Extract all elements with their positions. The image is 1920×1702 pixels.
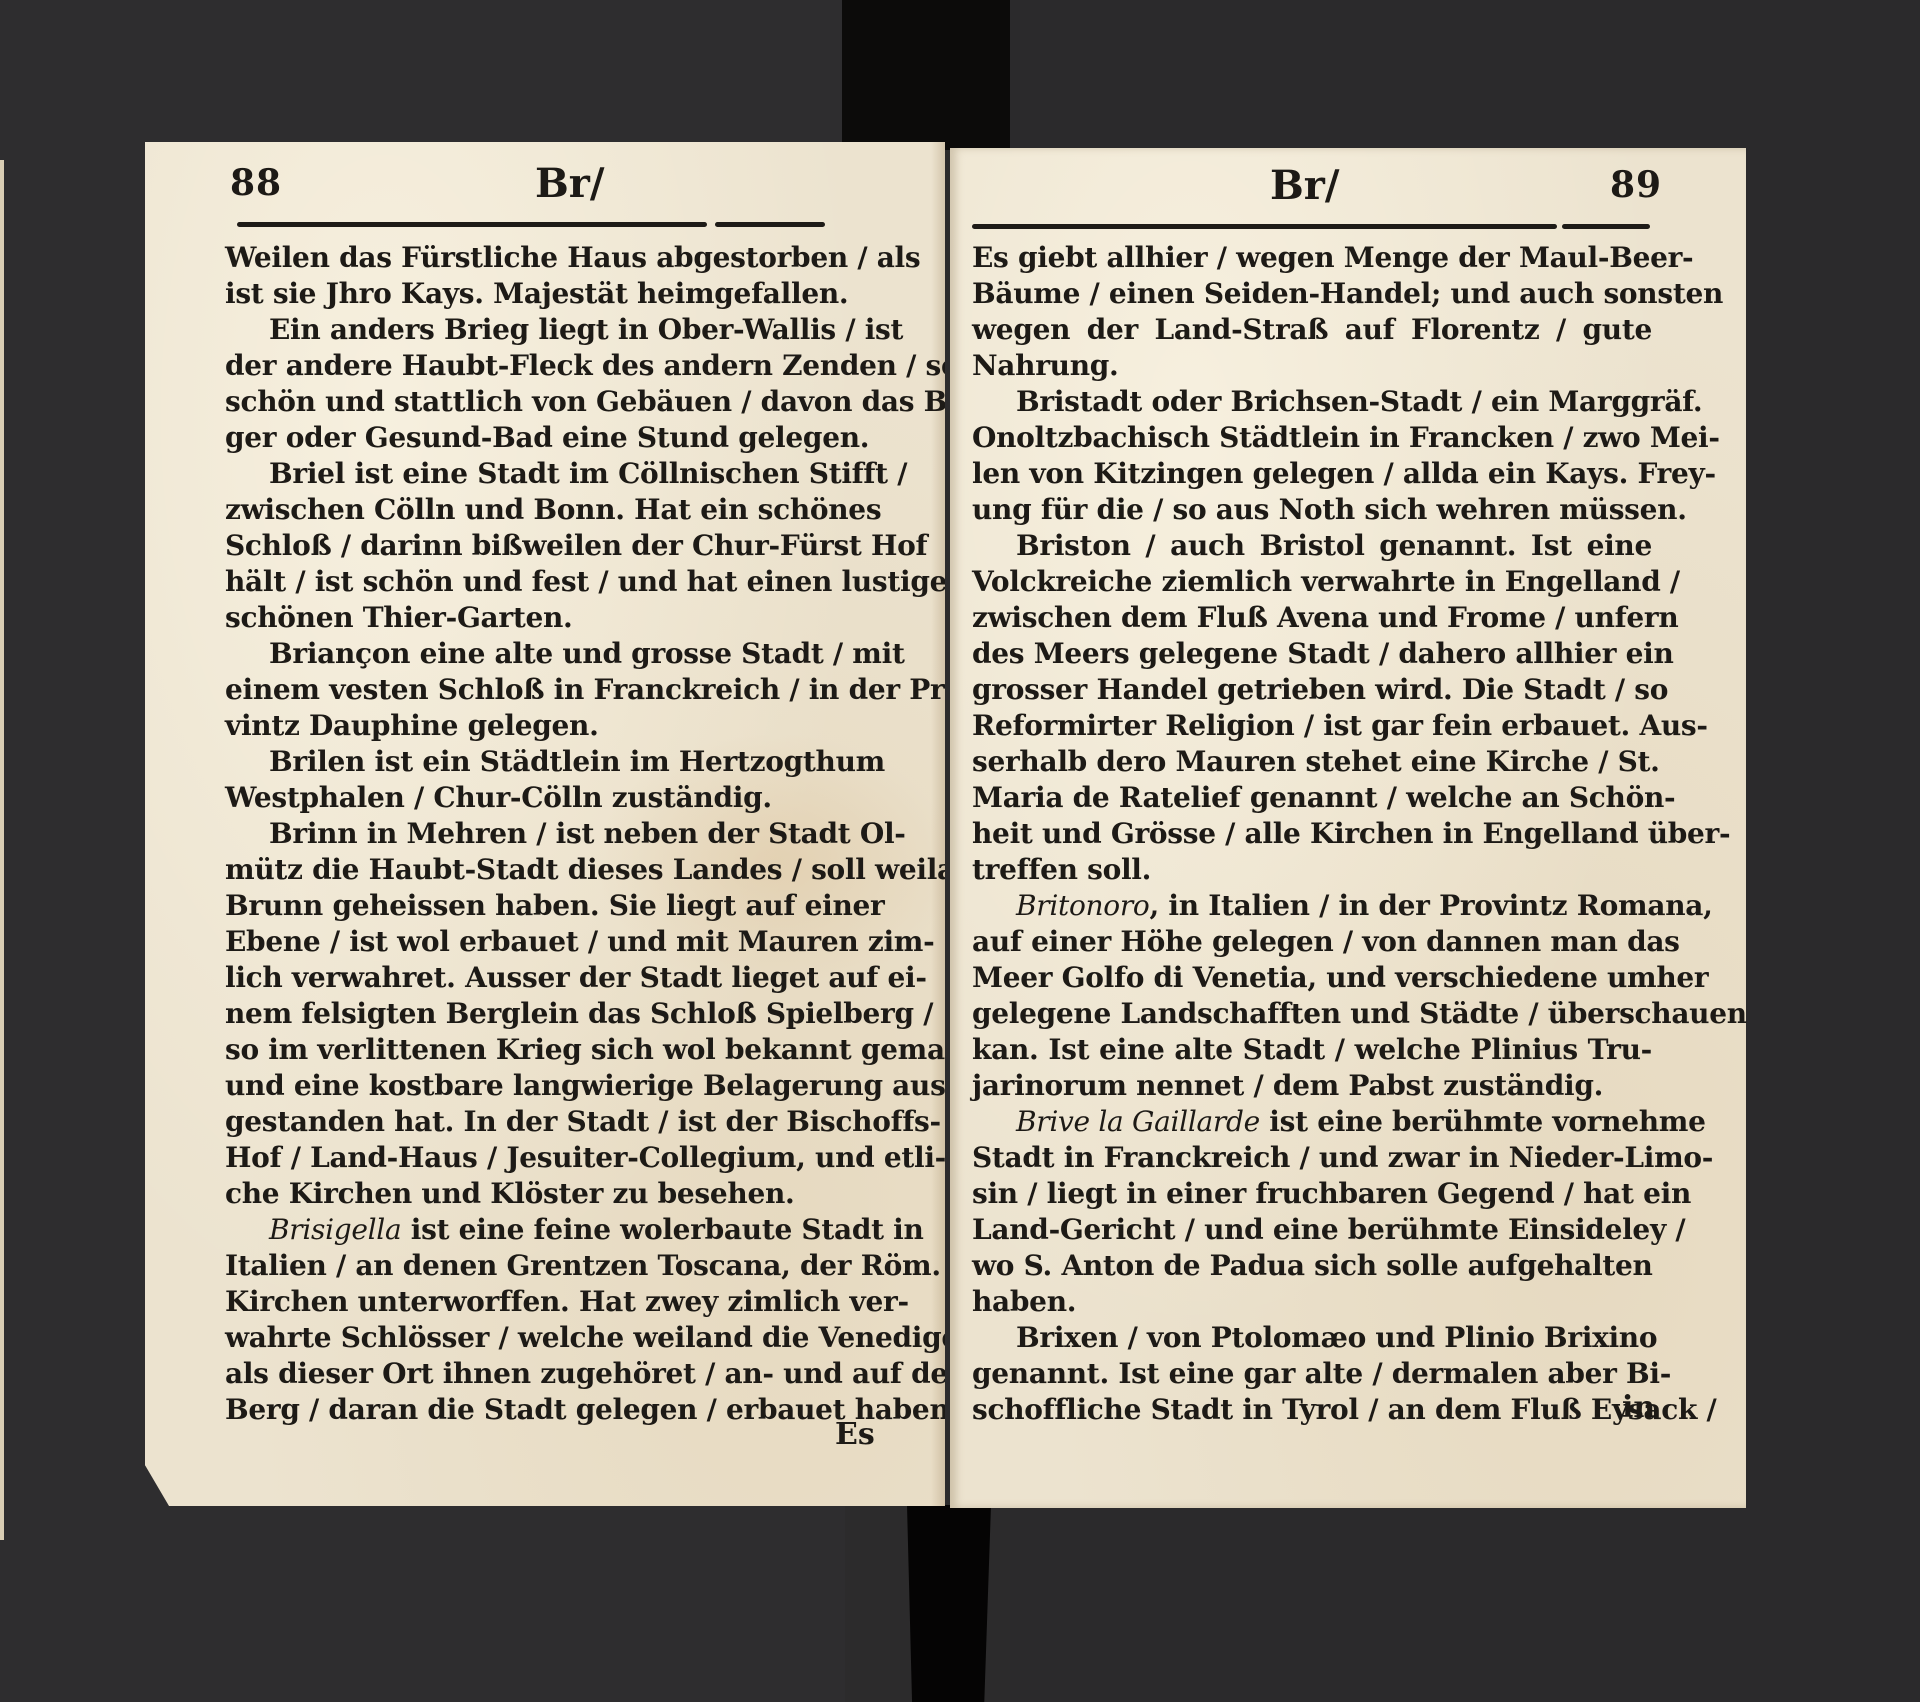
text-line: jarinorum nennet / dem Pabst zuständig. <box>972 1068 1652 1104</box>
text-line: heit und Grösse / alle Kirchen in Engell… <box>972 816 1652 852</box>
text-line: Brixen / von Ptolomæo und Plinio Brixino <box>972 1320 1652 1356</box>
catchword: in <box>1622 1390 1655 1425</box>
text-line: nem felsigten Berglein das Schloß Spielb… <box>225 996 835 1032</box>
book-spine-top <box>842 0 1010 150</box>
text-line: Berg / daran die Stadt gelegen / erbauet… <box>225 1392 835 1428</box>
text-line: schön und stattlich von Gebäuen / davon … <box>225 384 835 420</box>
text-line: des Meers gelegene Stadt / dahero allhie… <box>972 636 1652 672</box>
text-line: und eine kostbare langwierige Belagerung… <box>225 1068 835 1104</box>
text-line: wegen der Land-Straß auf Florentz / gute <box>972 312 1652 348</box>
text-line: Meer Golfo di Venetia, und verschiedene … <box>972 960 1652 996</box>
text-line: che Kirchen und Klöster zu besehen. <box>225 1176 835 1212</box>
header-rule <box>972 224 1557 229</box>
text-line: haben. <box>972 1284 1652 1320</box>
page-number: 89 <box>1610 164 1662 206</box>
text-line: Ebene / ist wol erbauet / und mit Mauren… <box>225 924 835 960</box>
text-line: Weilen das Fürstliche Haus abgestorben /… <box>225 240 835 276</box>
text-column: Weilen das Fürstliche Haus abgestorben /… <box>225 240 835 1428</box>
text-line: Brive la Gaillarde ist eine berühmte vor… <box>972 1104 1652 1140</box>
italic-headword: Britonoro <box>1016 889 1149 922</box>
text-line: Stadt in Franckreich / und zwar in Niede… <box>972 1140 1652 1176</box>
running-head: Br/ <box>1270 162 1340 209</box>
text-line: Bäume / einen Seiden-Handel; und auch so… <box>972 276 1652 312</box>
header-rule-short <box>715 222 825 227</box>
text-line: schoffliche Stadt in Tyrol / an dem Fluß… <box>972 1392 1652 1428</box>
text-column: Es giebt allhier / wegen Menge der Maul-… <box>972 240 1652 1428</box>
italic-headword: Brisigella <box>269 1213 401 1246</box>
text-line: Brunn geheissen haben. Sie liegt auf ein… <box>225 888 835 924</box>
text-line: kan. Ist eine alte Stadt / welche Pliniu… <box>972 1032 1652 1068</box>
text-line: gelegene Landschafften und Städte / über… <box>972 996 1652 1032</box>
text-line: Volckreiche ziemlich verwahrte in Engell… <box>972 564 1652 600</box>
text-line: einem vesten Schloß in Franckreich / in … <box>225 672 835 708</box>
text-line: wo S. Anton de Padua sich solle aufgehal… <box>972 1248 1652 1284</box>
text-line: genannt. Ist eine gar alte / dermalen ab… <box>972 1356 1652 1392</box>
text-line: Maria de Ratelief genannt / welche an Sc… <box>972 780 1652 816</box>
text-line: hält / ist schön und fest / und hat eine… <box>225 564 835 600</box>
text-line: Ein anders Brieg liegt in Ober-Wallis / … <box>225 312 835 348</box>
text-line: Brisigella ist eine feine wolerbaute Sta… <box>225 1212 835 1248</box>
text-line: gestanden hat. In der Stadt / ist der Bi… <box>225 1104 835 1140</box>
text-line: wahrte Schlösser / welche weiland die Ve… <box>225 1320 835 1356</box>
text-line: ung für die / so aus Noth sich wehren mü… <box>972 492 1652 528</box>
text-line: Italien / an denen Grentzen Toscana, der… <box>225 1248 835 1284</box>
text-line: mütz die Haubt-Stadt dieses Landes / sol… <box>225 852 835 888</box>
text-line: Britonoro, in Italien / in der Provintz … <box>972 888 1652 924</box>
text-line: Nahrung. <box>972 348 1652 384</box>
text-line: Land-Gericht / und eine berühmte Einside… <box>972 1212 1652 1248</box>
text-line: so im verlittenen Krieg sich wol bekannt… <box>225 1032 835 1068</box>
text-line: Onoltzbachisch Städtlein in Francken / z… <box>972 420 1652 456</box>
text-line: schönen Thier-Garten. <box>225 600 835 636</box>
text-line: Bristadt oder Brichsen-Stadt / ein Margg… <box>972 384 1652 420</box>
book-spine-bottom <box>907 1505 991 1702</box>
catchword: Es <box>835 1417 875 1452</box>
left-page: 88 Br/ Weilen das Fürstliche Haus abgest… <box>145 142 945 1506</box>
text-line: Briançon eine alte und grosse Stadt / mi… <box>225 636 835 672</box>
text-line: lich verwahret. Ausser der Stadt lieget … <box>225 960 835 996</box>
text-line: Brilen ist ein Städtlein im Hertzogthum <box>225 744 835 780</box>
text-line: Reformirter Religion / ist gar fein erba… <box>972 708 1652 744</box>
header-rule <box>237 222 707 227</box>
page-edge-strip <box>0 160 4 1540</box>
text-line: serhalb dero Mauren stehet eine Kirche /… <box>972 744 1652 780</box>
text-line: Briston / auch Bristol genannt. Ist eine <box>972 528 1652 564</box>
header-rule-short <box>1562 224 1650 229</box>
text-line: ist sie Jhro Kays. Majestät heimgefallen… <box>225 276 835 312</box>
text-line: sin / liegt in einer fruchbaren Gegend /… <box>972 1176 1652 1212</box>
text-line: Brinn in Mehren / ist neben der Stadt Ol… <box>225 816 835 852</box>
right-page: Br/ 89 Es giebt allhier / wegen Menge de… <box>950 148 1746 1508</box>
text-line: vintz Dauphine gelegen. <box>225 708 835 744</box>
text-line: Westphalen / Chur-Cölln zuständig. <box>225 780 835 816</box>
text-line: Schloß / darinn bißweilen der Chur-Fürst… <box>225 528 835 564</box>
text-line: Es giebt allhier / wegen Menge der Maul-… <box>972 240 1652 276</box>
italic-headword: Brive la Gaillarde <box>1016 1105 1260 1138</box>
text-line: len von Kitzingen gelegen / allda ein Ka… <box>972 456 1652 492</box>
running-head: Br/ <box>535 160 605 207</box>
text-line: der andere Haubt-Fleck des andern Zenden… <box>225 348 835 384</box>
text-line: als dieser Ort ihnen zugehöret / an- und… <box>225 1356 835 1392</box>
text-line: treffen soll. <box>972 852 1652 888</box>
text-line: grosser Handel getrieben wird. Die Stadt… <box>972 672 1652 708</box>
text-line: Briel ist eine Stadt im Cöllnischen Stif… <box>225 456 835 492</box>
text-line: auf einer Höhe gelegen / von dannen man … <box>972 924 1652 960</box>
text-line: Hof / Land-Haus / Jesuiter-Collegium, un… <box>225 1140 835 1176</box>
text-line: Kirchen unterworffen. Hat zwey zimlich v… <box>225 1284 835 1320</box>
text-line: ger oder Gesund-Bad eine Stund gelegen. <box>225 420 835 456</box>
page-number: 88 <box>230 162 282 204</box>
text-line: zwischen dem Fluß Avena und Frome / unfe… <box>972 600 1652 636</box>
text-line: zwischen Cölln und Bonn. Hat ein schönes <box>225 492 835 528</box>
